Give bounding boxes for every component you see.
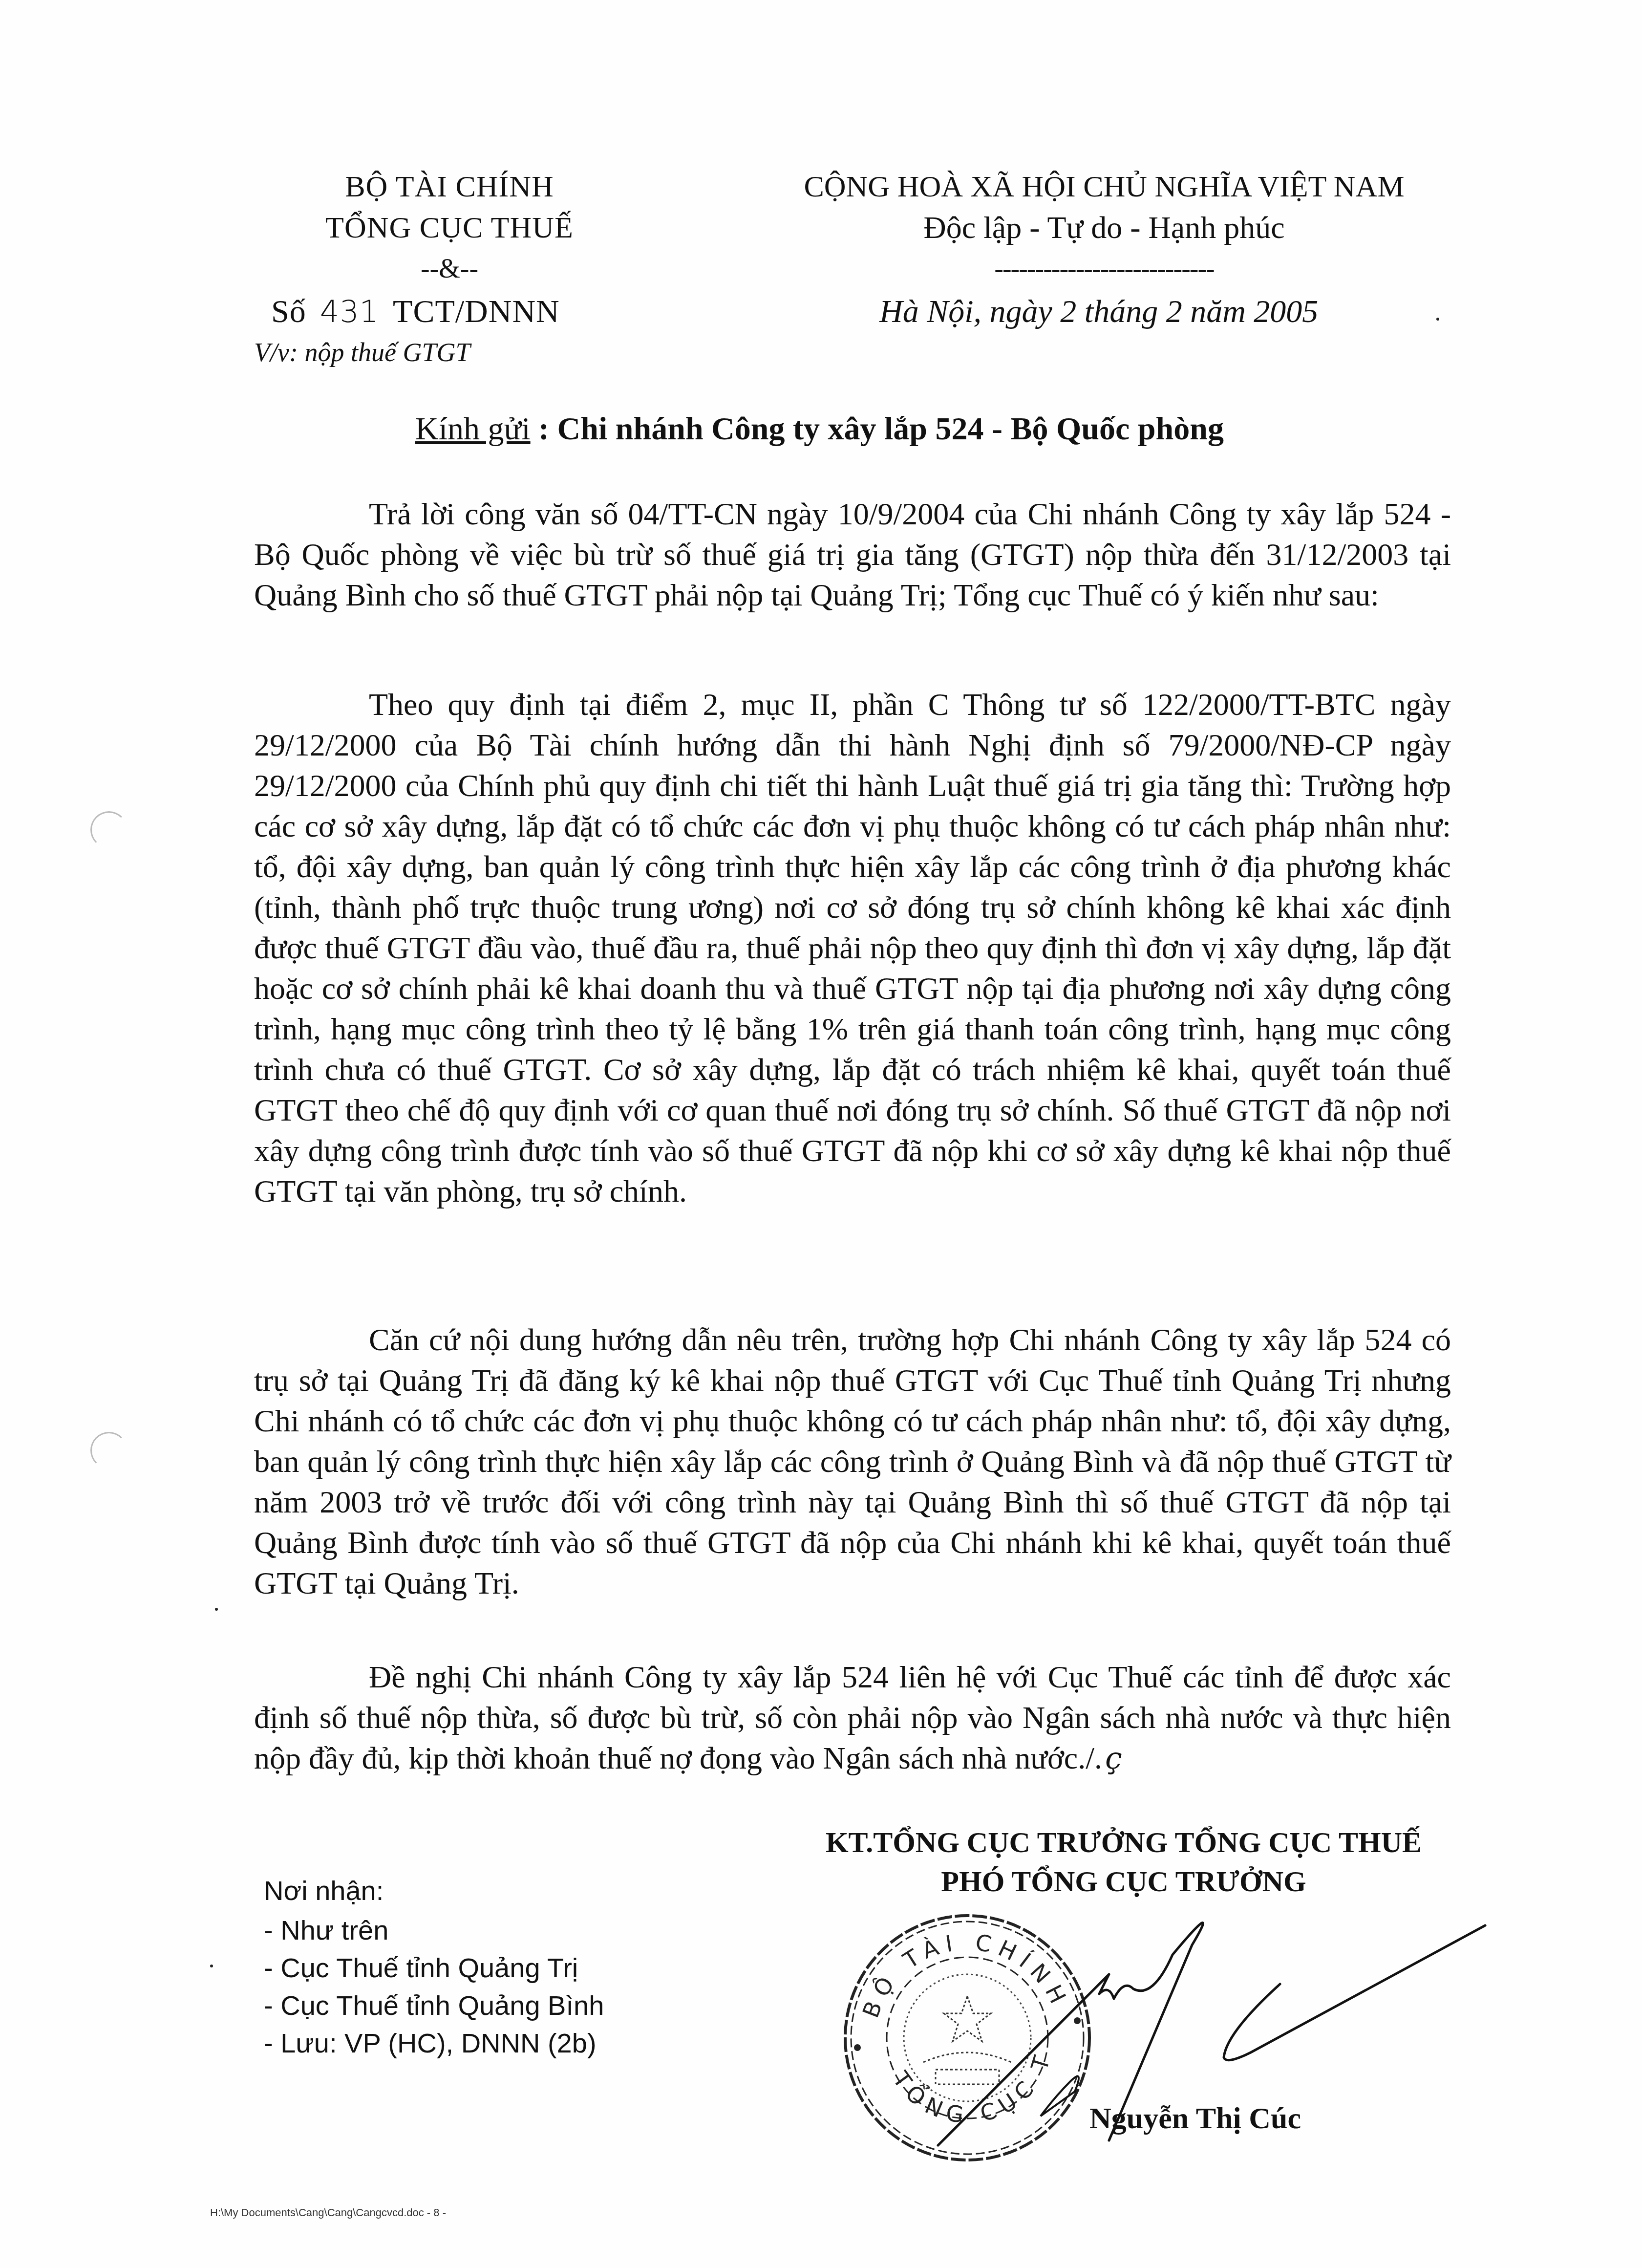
punch-hole-mark xyxy=(90,811,128,848)
doc-number-suffix: TCT/DNNN xyxy=(393,294,560,329)
signer-name: Nguyễn Thị Cúc xyxy=(1089,2101,1301,2136)
scan-speck xyxy=(1436,318,1439,321)
date-line: Hà Nội, ngày 2 tháng 2 năm 2005 xyxy=(879,293,1318,330)
motto-rule: --------------------------- xyxy=(757,248,1451,289)
ministry-name: BỘ TÀI CHÍNH xyxy=(230,166,669,207)
country-name: CỘNG HOÀ XÃ HỘI CHỦ NGHĨA VIỆT NAM xyxy=(757,166,1451,207)
scan-speck xyxy=(215,1608,218,1611)
document-subject: V/v: nộp thuế GTGT xyxy=(254,337,470,367)
paragraph-text: Theo quy định tại điểm 2, mục II, phần C… xyxy=(254,687,1451,1209)
doc-number-prefix: Số xyxy=(271,294,306,329)
header-separator: --&-- xyxy=(230,248,669,289)
distribution-item: - Cục Thuế tỉnh Quảng Bình xyxy=(264,1987,604,2024)
document-page: BỘ TÀI CHÍNH TỔNG CỤC THUẾ --&-- Số431TC… xyxy=(0,0,1642,2268)
distribution-item: - Lưu: VP (HC), DNNN (2b) xyxy=(264,2024,604,2062)
department-name: TỔNG CỤC THUẾ xyxy=(230,207,669,248)
body-paragraph: Đề nghị Chi nhánh Công ty xây lắp 524 li… xyxy=(254,1657,1451,1778)
file-path-footer: H:\My Documents\Cang\Cang\Cangcvcd.doc -… xyxy=(210,2206,446,2219)
doc-number-value: 431 xyxy=(320,294,379,329)
distribution-title: Nơi nhận: xyxy=(264,1872,604,1909)
body-paragraph: Theo quy định tại điểm 2, mục II, phần C… xyxy=(254,684,1451,1211)
distribution-item: - Cục Thuế tỉnh Quảng Trị xyxy=(264,1949,604,1987)
paragraph-text: Đề nghị Chi nhánh Công ty xây lắp 524 li… xyxy=(254,1660,1451,1775)
paragraph-text: Trả lời công văn số 04/TT-CN ngày 10/9/2… xyxy=(254,497,1451,612)
issuer-header: BỘ TÀI CHÍNH TỔNG CỤC THUẾ --&-- xyxy=(230,166,669,289)
distribution-item: - Như trên xyxy=(264,1911,604,1949)
national-motto: Độc lập - Tự do - Hạnh phúc xyxy=(757,207,1451,248)
paragraph-text: Căn cứ nội dung hướng dẫn nêu trên, trườ… xyxy=(254,1322,1451,1600)
handwritten-initial-mark: ç xyxy=(1105,1740,1122,1776)
scan-speck xyxy=(210,1965,213,1967)
national-header: CỘNG HOÀ XÃ HỘI CHỦ NGHĨA VIỆT NAM Độc l… xyxy=(757,166,1451,289)
punch-hole-mark xyxy=(90,1432,128,1469)
distribution-list: Nơi nhận: - Như trên - Cục Thuế tỉnh Quả… xyxy=(264,1872,604,2062)
authority-line-1: KT.TỔNG CỤC TRƯỞNG TỔNG CỤC THUẾ xyxy=(762,1823,1485,1862)
recipient-name: : Chi nhánh Công ty xây lắp 524 - Bộ Quố… xyxy=(538,411,1224,447)
body-paragraph: Căn cứ nội dung hướng dẫn nêu trên, trườ… xyxy=(254,1319,1451,1603)
recipient-label: Kính gửi xyxy=(415,411,531,447)
recipient-line: Kính gửi : Chi nhánh Công ty xây lắp 524… xyxy=(415,410,1224,448)
document-number: Số431TCT/DNNN xyxy=(271,293,560,330)
body-paragraph: Trả lời công văn số 04/TT-CN ngày 10/9/2… xyxy=(254,494,1451,615)
